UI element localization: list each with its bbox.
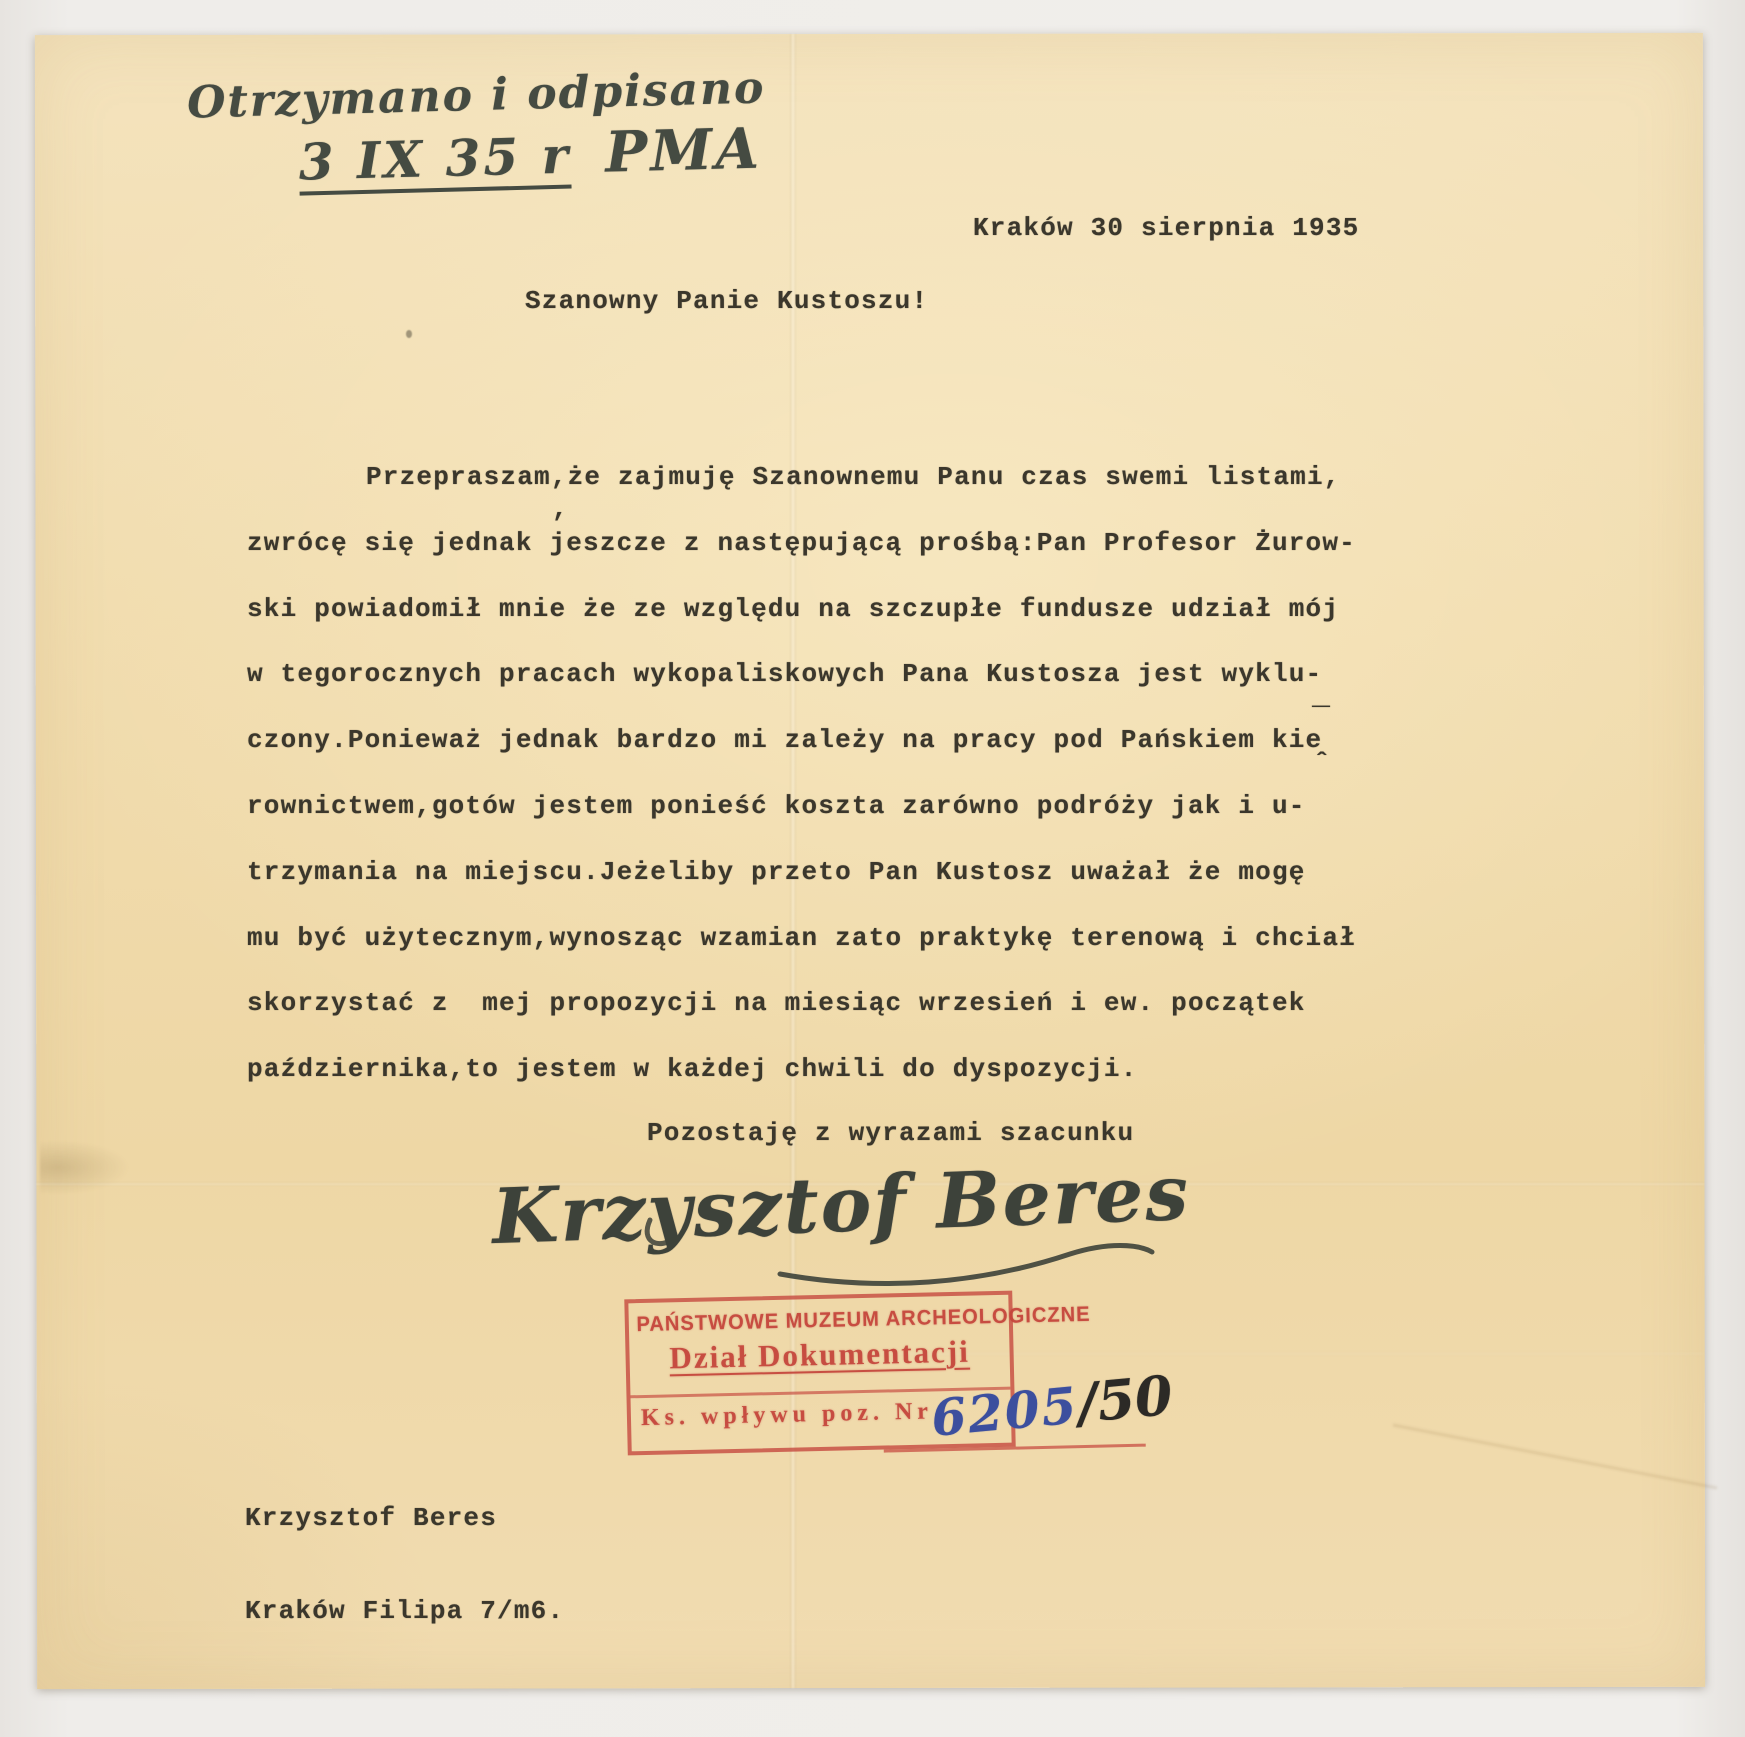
entry-number-black-ink: /50 (1075, 1363, 1175, 1435)
received-date: 3 IX 35 r (298, 126, 572, 196)
entry-number-blue-ink: 6205 (929, 1375, 1081, 1447)
stamp-department-name: Dział Dokumentacji (629, 1333, 1010, 1378)
received-annotation-line2: 3 IX 35 r PMA (298, 115, 768, 193)
sender-block: Krzysztof Beres Kraków Filipa 7/m6. (245, 1443, 564, 1689)
body-line: w tegorocznych pracach wykopaliskowych P… (247, 659, 1356, 725)
ink-speck (406, 330, 412, 338)
correction-overline-mark: ‾ (1312, 704, 1331, 738)
body-line: trzymania na miejscu.Jeżeliby przeto Pan… (247, 857, 1356, 923)
body-line: ski powiadomił mnie że ze względu na szc… (247, 594, 1356, 660)
body-line: października,to jestem w każdej chwili d… (247, 1054, 1356, 1120)
body-line: Przepraszam,że zajmuję Szanownemu Panu c… (247, 462, 1356, 528)
letter-body: Przepraszam,że zajmuję Szanownemu Panu c… (247, 462, 1356, 1120)
salutation: Szanowny Panie Kustoszu! (525, 286, 928, 316)
body-line: czony.Ponieważ jednak bardzo mi zależy n… (247, 725, 1356, 791)
scanned-letter-scene: Otrzymano i odpisano 3 IX 35 r PMA Krakó… (0, 0, 1745, 1737)
body-line: rownictwem,gotów jestem ponieść koszta z… (247, 791, 1356, 857)
received-annotation: Otrzymano i odpisano 3 IX 35 r PMA (187, 62, 768, 196)
signature-flourish (630, 1212, 1170, 1302)
sender-name: Krzysztof Beres (245, 1503, 564, 1536)
body-line: mu być użytecznym,wynosząc wzamian zato … (247, 923, 1356, 989)
museum-stamp: PAŃSTWOWE MUZEUM ARCHEOLOGICZNE Dział Do… (624, 1291, 1015, 1456)
typewriter-stray-comma: , (552, 494, 569, 524)
received-org-monogram: PMA (604, 116, 762, 186)
closing-line: Pozostaję z wyrazami szacunku (647, 1118, 1134, 1148)
sender-address: Kraków Filipa 7/m6. (245, 1596, 564, 1629)
paper-crinkle (40, 1140, 130, 1195)
body-line: skorzystać z mej propozycji na miesiąc w… (247, 988, 1356, 1054)
stamp-institution-name: PAŃSTWOWE MUZEUM ARCHEOLOGICZNE (636, 1305, 1001, 1337)
dateline: Kraków 30 sierpnia 1935 (973, 213, 1359, 243)
correction-caret-mark: ˆ (1314, 748, 1331, 778)
stamp-entry-label: Ks. wpływu poz. Nr (641, 1398, 934, 1432)
body-line: zwrócę się jednak jeszcze z następującą … (247, 528, 1356, 594)
